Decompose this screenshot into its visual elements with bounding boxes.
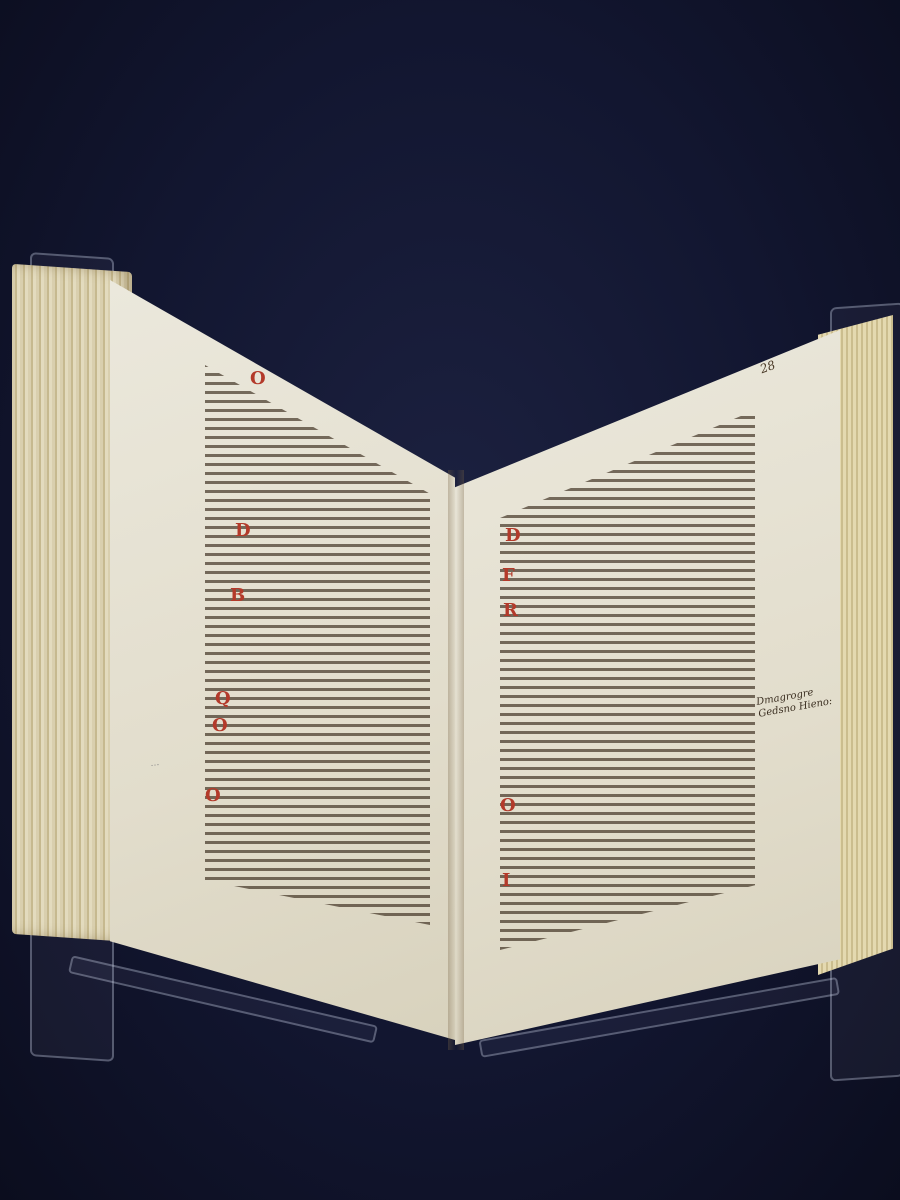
rubric-initial: D <box>235 520 251 541</box>
rubric-initial: O <box>250 368 266 389</box>
rubric-initial: O <box>500 795 516 816</box>
book-gutter <box>448 470 464 1050</box>
rubric-initial: B <box>230 585 245 606</box>
rubric-initial: R <box>503 600 518 621</box>
rubric-initial: F <box>502 565 515 586</box>
rubric-initial: O <box>205 785 221 806</box>
rubric-initial: O <box>212 715 228 736</box>
rubric-initial: Q <box>215 688 231 709</box>
rubric-initial: D <box>505 525 521 546</box>
rubric-initial: I <box>502 870 510 891</box>
